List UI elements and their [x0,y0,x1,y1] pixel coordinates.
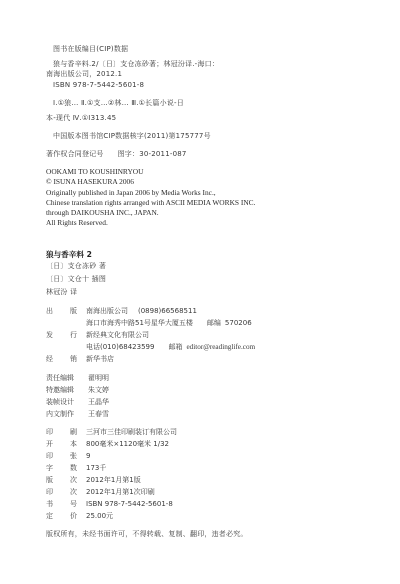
spec-value: 9 [86,452,90,460]
distributor-label: 发行 [46,331,86,340]
staff-role: 装帧设计 [46,398,88,407]
spec-row: 版次2012年1月第1版 [46,476,141,485]
book-author: 〔日〕支仓冻砂 著 [46,262,106,271]
staff-role: 责任编辑 [46,374,88,383]
copyright-line-6: All Rights Reserved. [46,218,108,227]
distributor-name: 新经典文化有限公司 [86,331,149,339]
seller-row: 经销新华书店 [46,355,114,364]
rights-notice: 版权所有，未经书面许可，不得转载、复制、翻印，违者必究。 [46,530,248,539]
spec-row: 字数173千 [46,464,106,473]
spec-label: 书号 [46,500,86,509]
publisher-label: 出版 [46,307,86,316]
staff-row: 内文制作王春雪 [46,410,109,419]
copyright-page: 图书在版编目(CIP)数据 狼与香辛料.2/〔日〕支仓冻砂著；林冠汾译.-海口：… [0,0,400,584]
copyright-line-1: OOKAMI TO KOUSHINRYOU [46,167,143,176]
contract-label: 著作权合同登记号 [46,150,104,158]
book-illustrator: 〔日〕文仓十 插图 [46,275,106,284]
spec-row: 印刷三河市三佳印刷装订有限公司 [46,428,177,437]
staff-role: 特邀编辑 [46,386,88,395]
spec-label: 开本 [46,440,86,449]
book-translator: 林冠汾 译 [46,288,77,297]
postcode: 570206 [225,319,252,327]
publisher-address: 海口市海秀中路51号星华大厦五楼 [86,319,193,327]
copyright-line-3: Originally published in Japan 2006 by Me… [46,188,216,197]
staff-row: 特邀编辑朱文婷 [46,386,109,395]
contract-value: 图字：30-2011-087 [118,150,187,158]
seller-name: 新华书店 [86,355,114,363]
cip-line-2: 南海出版公司，2012.1 [46,70,122,79]
contract-registration: 著作权合同登记号图字：30-2011-087 [46,150,187,159]
staff-role: 内文制作 [46,410,88,419]
publisher-name: 南海出版公司 [86,307,128,315]
spec-value: 2012年1月第1次印刷 [86,488,155,496]
spec-label: 字数 [46,464,86,473]
spec-label: 印次 [46,488,86,497]
staff-name: 王春雪 [88,410,109,418]
cip-classification-2: 本-现代 Ⅳ.①I313.45 [46,114,116,123]
spec-label: 印刷 [46,428,86,437]
cip-classification-1: Ⅰ.①狼… Ⅱ.①支…②林… Ⅲ.①长篇小说-日 [53,99,184,108]
staff-name: 朱文婷 [88,386,109,394]
seller-label: 经销 [46,355,86,364]
email-label: 邮箱 [168,343,182,351]
spec-value: 25.00元 [86,512,113,520]
spec-row: 书号ISBN 978-7-5442-5601-8 [46,500,173,509]
staff-name: 王晶华 [88,398,109,406]
copyright-line-5: through DAIKOUSHA INC., JAPAN. [46,208,159,217]
distributor-phone: 电话(010)68423599 [86,343,154,351]
staff-row: 责任编辑翟明明 [46,374,109,383]
cip-line-1: 狼与香辛料.2/〔日〕支仓冻砂著；林冠汾译.-海口： [53,60,219,69]
copyright-line-4: Chinese translation rights arranged with… [46,198,255,207]
copyright-line-2: © ISUNA HASEKURA 2006 [46,177,134,186]
distributor-row: 发行新经典文化有限公司 [46,331,149,340]
spec-label: 定价 [46,512,86,521]
staff-name: 翟明明 [88,374,109,382]
spec-value: 2012年1月第1版 [86,476,141,484]
spec-row: 开本800毫米×1120毫米 1/32 [46,440,169,449]
spec-value: 800毫米×1120毫米 1/32 [86,440,169,448]
spec-value: 三河市三佳印刷装订有限公司 [86,428,177,436]
spec-label: 印张 [46,452,86,461]
cip-isbn: ISBN 978-7-5442-5601-8 [53,81,144,90]
publisher-row: 出版南海出版公司(0898)66568511 [46,307,197,316]
distributor-contact-row: 电话(010)68423599邮箱editor@readinglife.com [86,343,255,352]
publisher-address-row: 海口市海秀中路51号星华大厦五楼邮编570206 [86,319,252,328]
publisher-phone: (0898)66568511 [138,307,197,315]
spec-row: 印张9 [46,452,90,461]
spec-label: 版次 [46,476,86,485]
spec-value: 173千 [86,464,106,472]
email-address: editor@readinglife.com [186,343,255,351]
cip-verification: 中国版本图书馆CIP数据核字(2011)第175777号 [53,132,211,141]
spec-row: 定价25.00元 [46,512,113,521]
book-title: 狼与香辛料 2 [46,250,92,259]
cip-heading: 图书在版编目(CIP)数据 [53,45,128,54]
postcode-label: 邮编 [207,319,221,327]
spec-row: 印次2012年1月第1次印刷 [46,488,155,497]
spec-value: ISBN 978-7-5442-5601-8 [86,500,173,508]
staff-row: 装帧设计王晶华 [46,398,109,407]
